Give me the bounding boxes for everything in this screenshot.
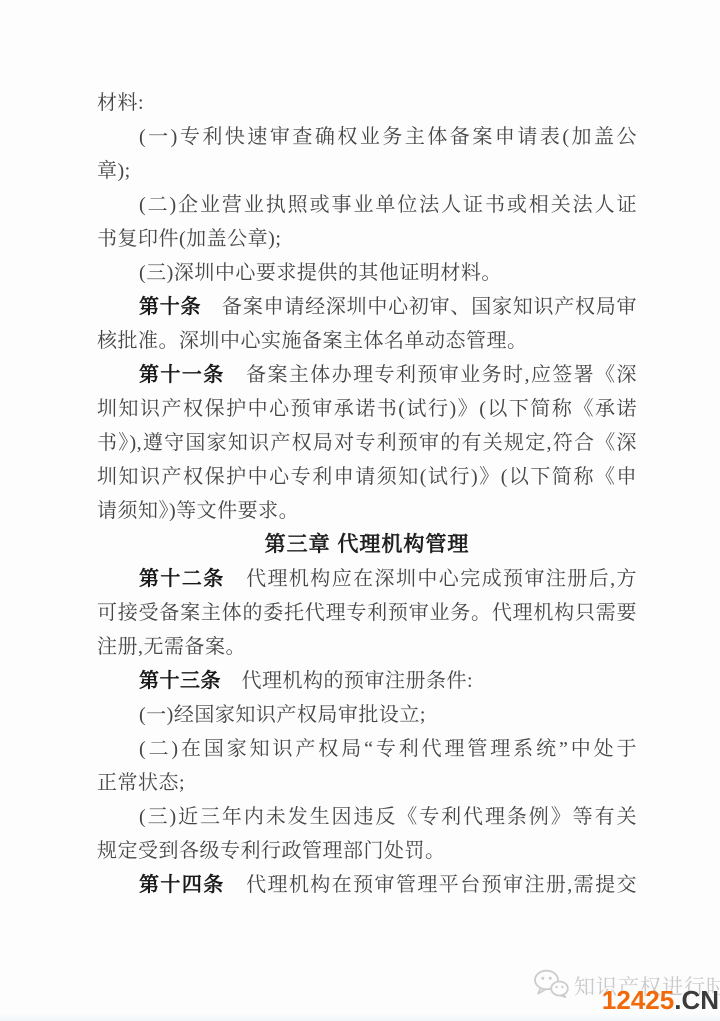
chapter-heading: 第三章 代理机构管理 — [97, 528, 637, 562]
body-line: 核批准。深圳中心实施备案主体名单动态管理。 — [97, 324, 637, 358]
body-line: 材料: — [97, 86, 637, 120]
body-line: 书复印件(加盖公章); — [97, 222, 637, 256]
article-line: 第十三条 代理机构的预审注册条件: — [97, 664, 637, 698]
list-item-line: (一)专利快速审查确权业务主体备案申请表(加盖公 — [97, 120, 637, 154]
body-line: 请须知》)等文件要求。 — [97, 494, 637, 528]
list-item-line: (一)经国家知识产权局审批设立; — [97, 698, 637, 732]
article-number: 第十一条 — [139, 364, 225, 386]
scanned-document-page: 材料: (一)专利快速审查确权业务主体备案申请表(加盖公 章); (二)企业营业… — [0, 0, 720, 1021]
body-text: (三)近三年内未发生因违反《专利代理条例》等有关 — [139, 806, 637, 828]
body-text: 注册,无需备案。 — [97, 636, 246, 658]
body-line: 圳知识产权保护中心专利申请须知(试行)》(以下简称《申 — [97, 460, 637, 494]
body-text: 书复印件(加盖公章); — [97, 228, 281, 250]
body-line: 章); — [97, 154, 637, 188]
body-text: 书》),遵守国家知识产权局对专利预审的有关规定,符合《深 — [97, 432, 637, 454]
body-line: 圳知识产权保护中心预审承诺书(试行)》(以下简称《承诺 — [97, 392, 637, 426]
body-text: 核批准。深圳中心实施备案主体名单动态管理。 — [97, 330, 528, 352]
article-number: 第十条 — [139, 296, 201, 318]
list-item-line: (三)近三年内未发生因违反《专利代理条例》等有关 — [97, 800, 637, 834]
body-text: 圳知识产权保护中心专利申请须知(试行)》(以下简称《申 — [97, 466, 637, 488]
body-line: 书》),遵守国家知识产权局对专利预审的有关规定,符合《深 — [97, 426, 637, 460]
body-text: 代理机构的预审注册条件: — [221, 670, 473, 692]
body-text: 规定受到各级专利行政管理部门处罚。 — [97, 840, 446, 862]
body-text: (二)企业营业执照或事业单位法人证书或相关法人证 — [139, 194, 637, 216]
body-line: 规定受到各级专利行政管理部门处罚。 — [97, 834, 637, 868]
article-line: 第十二条 代理机构应在深圳中心完成预审注册后,方 — [97, 562, 637, 596]
body-text: 正常状态; — [97, 772, 185, 794]
article-number: 第十四条 — [139, 874, 225, 896]
page-bottom-edge — [0, 1012, 720, 1021]
watermark-brand-number: 12425 — [602, 985, 674, 1015]
body-text: 备案申请经深圳中心初审、国家知识产权局审 — [201, 296, 637, 318]
article-number: 第十二条 — [139, 568, 225, 590]
body-text: 备案主体办理专利预审业务时,应签署《深 — [225, 364, 637, 386]
body-text: (三)深圳中心要求提供的其他证明材料。 — [139, 262, 502, 284]
body-line: 注册,无需备案。 — [97, 630, 637, 664]
body-text: (二)在国家知识产权局“专利代理管理系统”中处于 — [139, 738, 637, 760]
watermark-brand-suffix: .CN — [674, 985, 719, 1015]
body-text: 章); — [97, 160, 131, 182]
body-text: 材料: — [97, 92, 144, 114]
article-line: 第十条 备案申请经深圳中心初审、国家知识产权局审 — [97, 290, 637, 324]
chapter-heading-text: 第三章 代理机构管理 — [265, 533, 470, 556]
body-text: 可接受备案主体的委托代理专利预审业务。代理机构只需要 — [97, 602, 637, 624]
body-line: 可接受备案主体的委托代理专利预审业务。代理机构只需要 — [97, 596, 637, 630]
body-text: 圳知识产权保护中心预审承诺书(试行)》(以下简称《承诺 — [97, 398, 637, 420]
body-text: 请须知》)等文件要求。 — [97, 500, 299, 522]
article-line: 第十一条 备案主体办理专利预审业务时,应签署《深 — [97, 358, 637, 392]
list-item-line: (三)深圳中心要求提供的其他证明材料。 — [97, 256, 637, 290]
body-line: 正常状态; — [97, 766, 637, 800]
body-text: (一)专利快速审查确权业务主体备案申请表(加盖公 — [139, 126, 637, 148]
document-text-block: 材料: (一)专利快速审查确权业务主体备案申请表(加盖公 章); (二)企业营业… — [97, 86, 637, 902]
article-number: 第十三条 — [139, 670, 221, 692]
list-item-line: (二)企业营业执照或事业单位法人证书或相关法人证 — [97, 188, 637, 222]
wechat-icon — [533, 969, 569, 1003]
body-text: 代理机构应在深圳中心完成预审注册后,方 — [225, 568, 637, 590]
list-item-line: (二)在国家知识产权局“专利代理管理系统”中处于 — [97, 732, 637, 766]
body-text: 代理机构在预审管理平台预审注册,需提交 — [225, 874, 637, 896]
watermark-brand: 12425.CN — [602, 987, 719, 1013]
article-line: 第十四条 代理机构在预审管理平台预审注册,需提交 — [97, 868, 637, 902]
body-text: (一)经国家知识产权局审批设立; — [139, 704, 426, 726]
